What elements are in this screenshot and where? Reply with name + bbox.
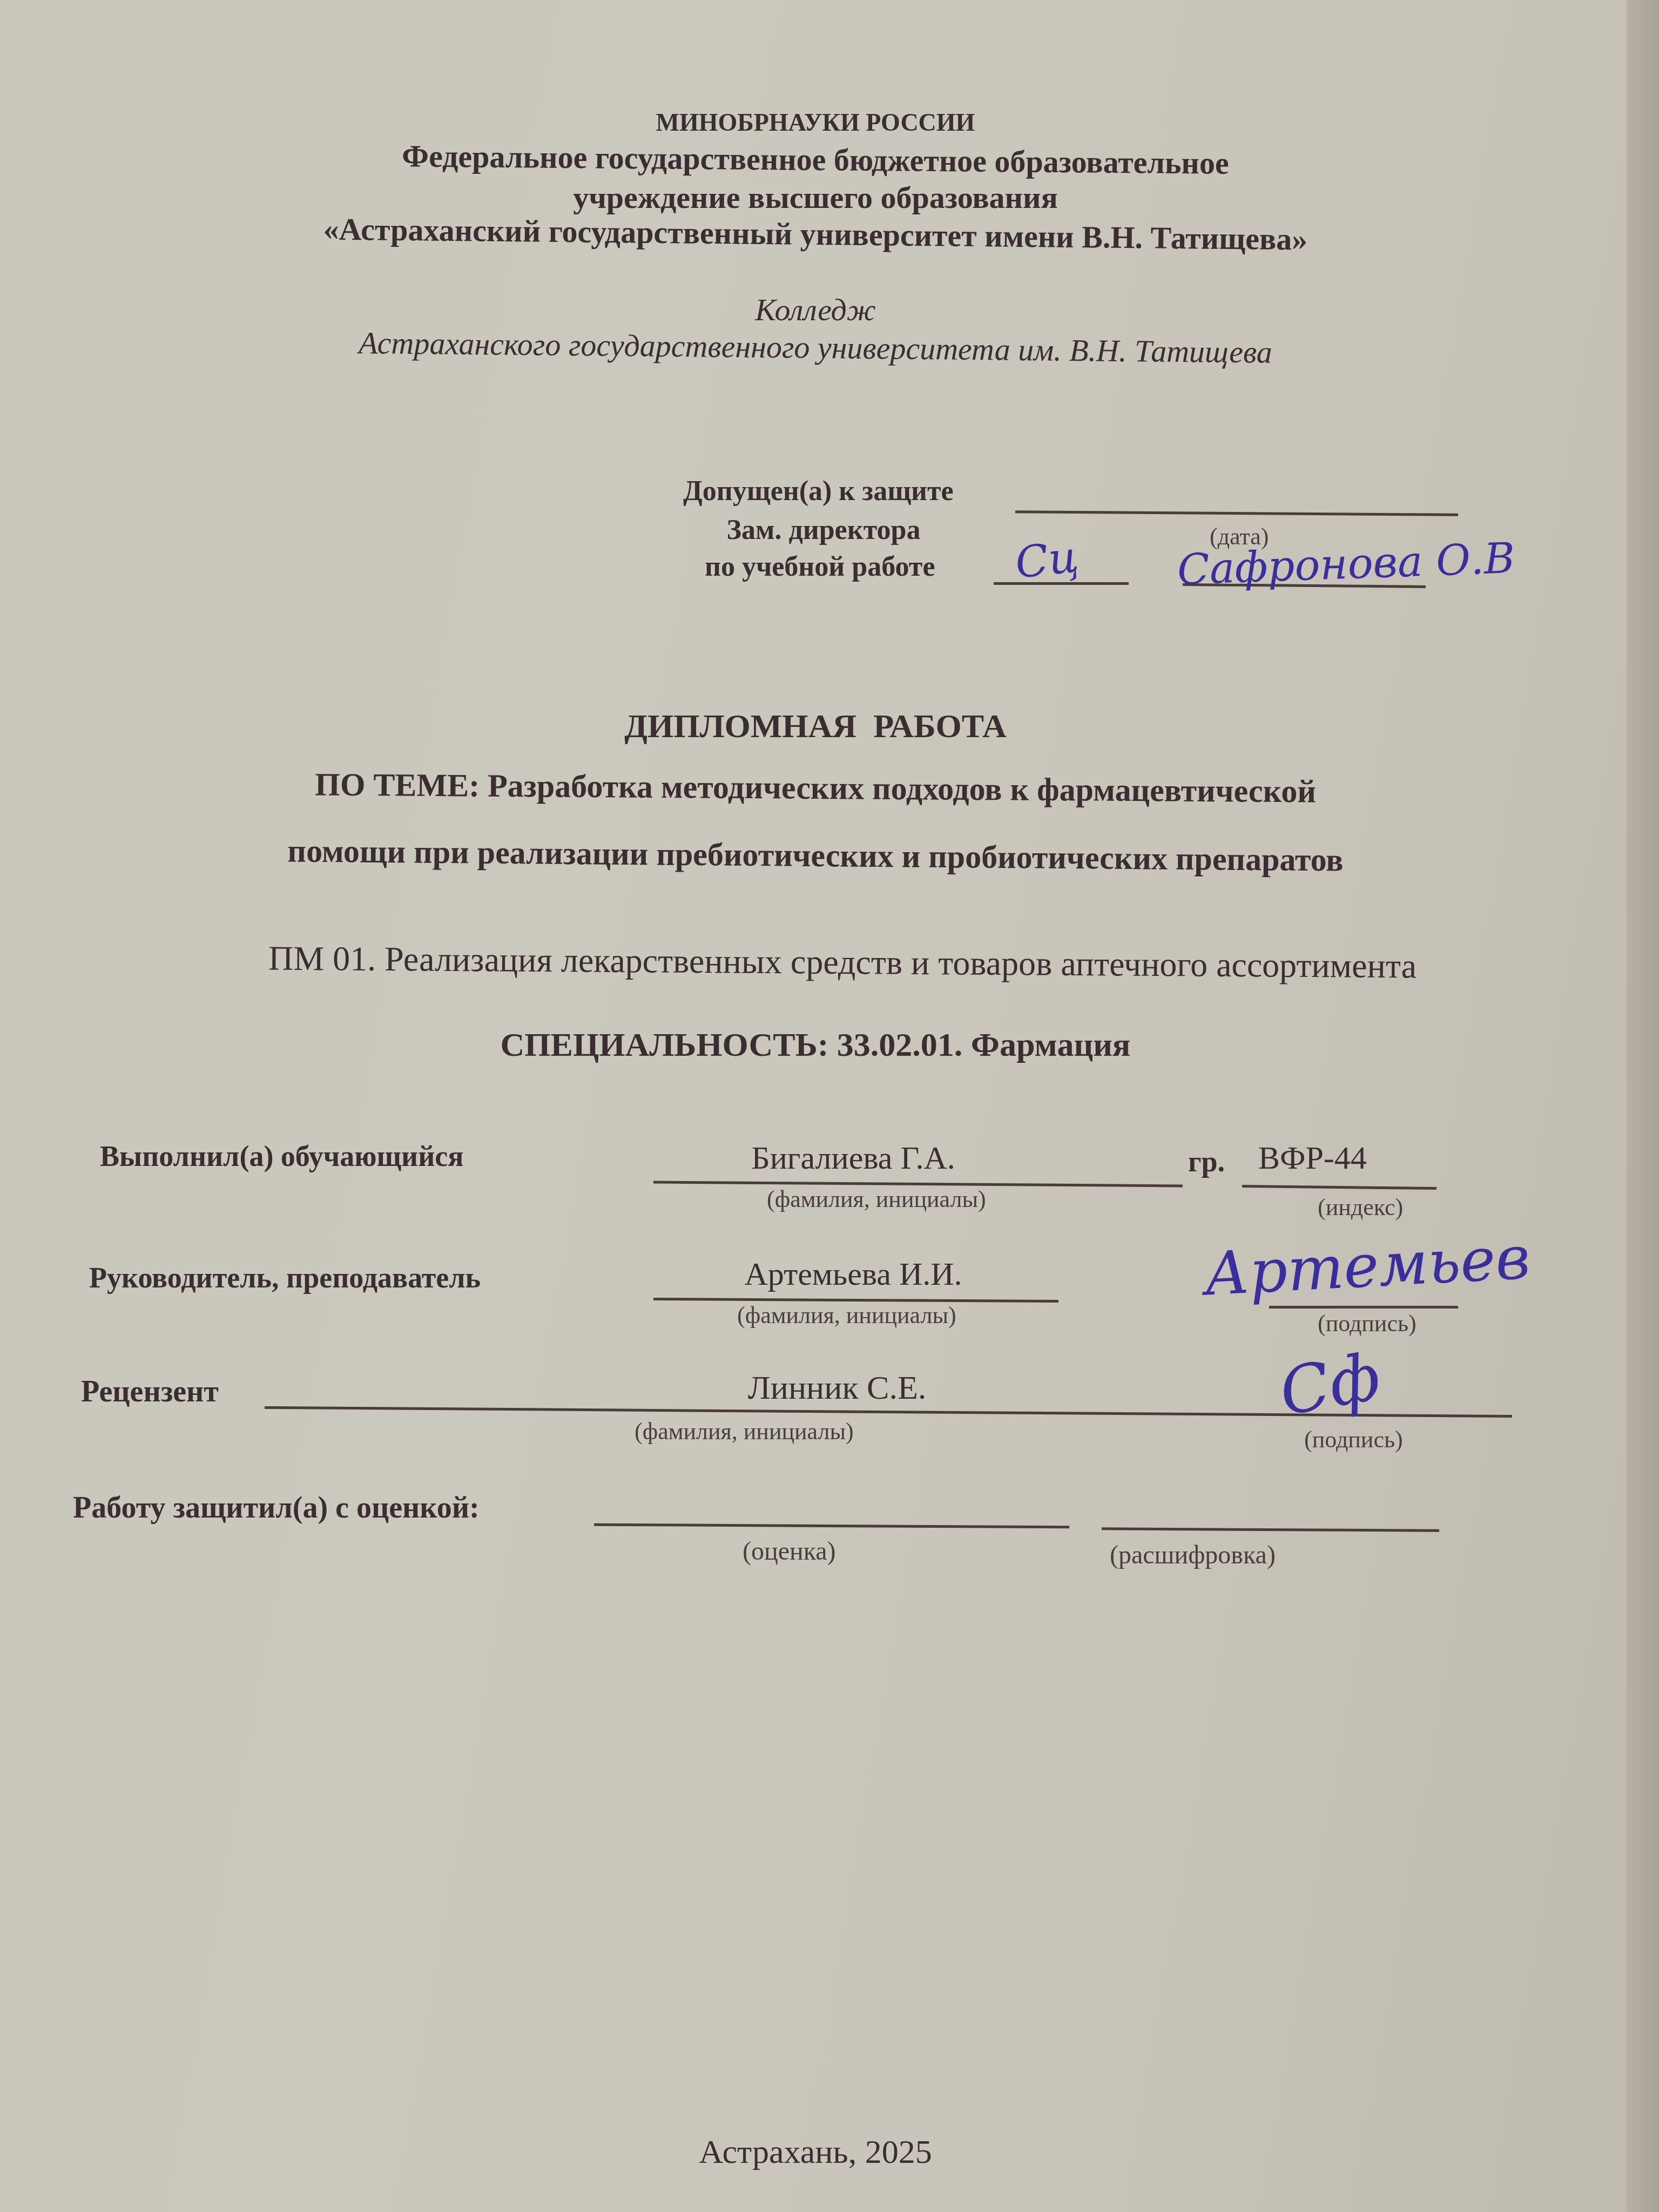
group-label: гр. [1188,1145,1225,1178]
ministry-heading: МИНОБРНАУКИ РОССИИ [0,108,1631,137]
admitted-to-defense-label: Допущен(а) к защите [683,475,954,507]
deputy-director-label: Зам. директора [683,514,964,546]
reviewer-name-caption: (фамилия, инициалы) [635,1418,854,1445]
group-index-caption: (индекс) [1318,1193,1403,1221]
supervisor-name-caption: (фамилия, инициалы) [737,1301,956,1329]
student-name-caption: (фамилия, инициалы) [767,1185,986,1213]
reviewer-name: Линник С.Е. [670,1369,1004,1407]
supervisor-label: Руководитель, преподаватель [89,1261,481,1294]
grade-decoding-caption: (расшифровка) [1110,1540,1276,1570]
supervisor-signature-line [1269,1306,1458,1309]
city-year: Астрахань, 2025 [0,2133,1631,2171]
defense-grade-label: Работу защитил(а) с оценкой: [73,1491,480,1525]
document-type-title: ДИПЛОМНАЯ РАБОТА [0,707,1631,746]
page-edge [1627,0,1659,2212]
college-label: Колледж [0,292,1631,328]
reviewer-label: Рецензент [81,1374,219,1409]
specialty: СПЕЦИАЛЬНОСТЬ: 33.02.01. Фармация [0,1026,1631,1064]
student-name: Бигалиева Г.А. [675,1139,1031,1177]
deputy-signature: Сц [1013,531,1081,588]
academic-work-label: по учебной работе [705,551,935,583]
reviewer-signature-caption: (подпись) [1304,1426,1403,1453]
group-index: ВФР-44 [1258,1139,1367,1177]
student-label: Выполнил(а) обучающийся [100,1139,464,1173]
grade-caption: (оценка) [743,1536,836,1566]
supervisor-name: Артемьева И.И. [675,1256,1031,1293]
supervisor-signature-caption: (подпись) [1318,1310,1417,1337]
